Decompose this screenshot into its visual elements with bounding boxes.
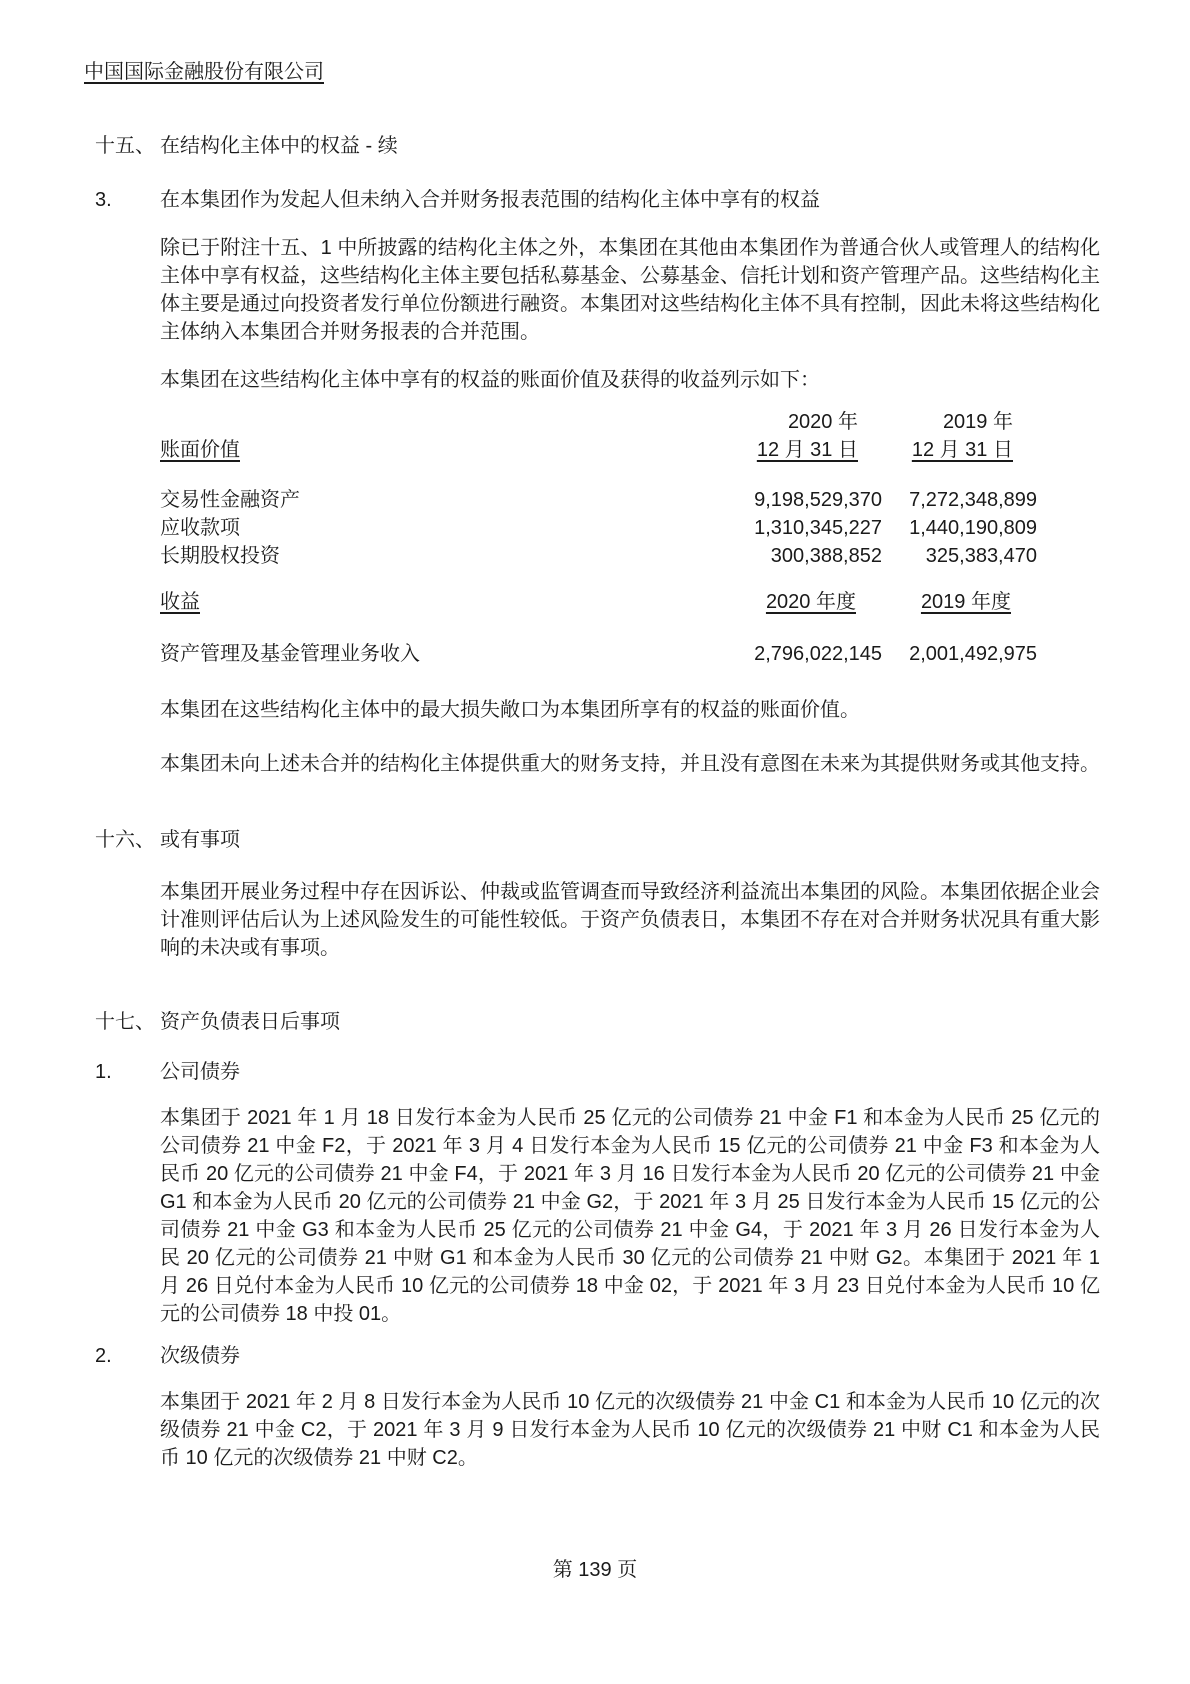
item-3: 3. 在本集团作为发起人但未纳入合并财务报表范围的结构化主体中享有的权益 [95,186,1100,214]
section-15-title: 在结构化主体中的权益 - 续 [160,132,398,160]
item-2: 2. 次级债券 [95,1342,1100,1370]
column-header-2019: 2019 年 12 月 31 日 [882,408,1037,464]
table-row: 资产管理及基金管理业务收入 2,796,022,145 2,001,492,97… [160,640,1037,668]
income-column-2019: 2019 年度 [882,588,1037,616]
carrying-value-header: 账面价值 [160,436,722,464]
section-15-heading: 十五、 在结构化主体中的权益 - 续 [95,132,1100,160]
page-number: 第 139 页 [0,1556,1190,1584]
company-name: 中国国际金融股份有限公司 [84,58,1100,86]
item-2-title: 次级债券 [160,1342,1100,1370]
item-1: 1. 公司债券 [95,1058,1100,1086]
item-2-number: 2. [95,1342,160,1370]
section-16-number: 十六、 [95,826,160,854]
section-17-title: 资产负债表日后事项 [160,1008,340,1036]
item-1-number: 1. [95,1058,160,1086]
table-intro-paragraph: 本集团在这些结构化主体中享有的权益的账面价值及获得的收益列示如下： [160,366,1100,394]
section-17-heading: 十七、 资产负债表日后事项 [95,1008,1100,1036]
subordinated-bonds-paragraph: 本集团于 2021 年 2 月 8 日发行本金为人民币 10 亿元的次级债券 2… [160,1388,1100,1472]
item-3-title: 在本集团作为发起人但未纳入合并财务报表范围的结构化主体中享有的权益 [160,186,1100,214]
section-16-heading: 十六、 或有事项 [95,826,1100,854]
table-header-row: 账面价值 2020 年 12 月 31 日 2019 年 12 月 31 日 [160,408,1037,464]
contingencies-paragraph: 本集团开展业务过程中存在因诉讼、仲裁或监管调查而导致经济利益流出本集团的风险。本… [160,878,1100,962]
table-row: 应收款项 1,310,345,227 1,440,190,809 [160,514,1037,542]
structured-entities-paragraph: 除已于附注十五、1 中所披露的结构化主体之外，本集团在其他由本集团作为普通合伙人… [160,234,1100,346]
income-column-2020: 2020 年度 [722,588,882,616]
income-header: 收益 [160,588,722,616]
section-15-number: 十五、 [95,132,160,160]
section-17-number: 十七、 [95,1008,160,1036]
no-support-paragraph: 本集团未向上述未合并的结构化主体提供重大的财务支持，并且没有意图在未来为其提供财… [160,750,1100,778]
report-page: 中国国际金融股份有限公司 十五、 在结构化主体中的权益 - 续 3. 在本集团作… [0,0,1190,1684]
section-16-title: 或有事项 [160,826,240,854]
item-3-number: 3. [95,186,160,214]
income-header-row: 收益 2020 年度 2019 年度 [160,588,1037,616]
structured-entities-table: 账面价值 2020 年 12 月 31 日 2019 年 12 月 31 日 交… [160,408,1037,668]
max-loss-paragraph: 本集团在这些结构化主体中的最大损失敞口为本集团所享有的权益的账面价值。 [160,696,1100,724]
table-row: 长期股权投资 300,388,852 325,383,470 [160,542,1037,570]
table-row: 交易性金融资产 9,198,529,370 7,272,348,899 [160,486,1037,514]
corporate-bonds-paragraph: 本集团于 2021 年 1 月 18 日发行本金为人民币 25 亿元的公司债券 … [160,1104,1100,1328]
item-1-title: 公司债券 [160,1058,1100,1086]
column-header-2020: 2020 年 12 月 31 日 [722,408,882,464]
